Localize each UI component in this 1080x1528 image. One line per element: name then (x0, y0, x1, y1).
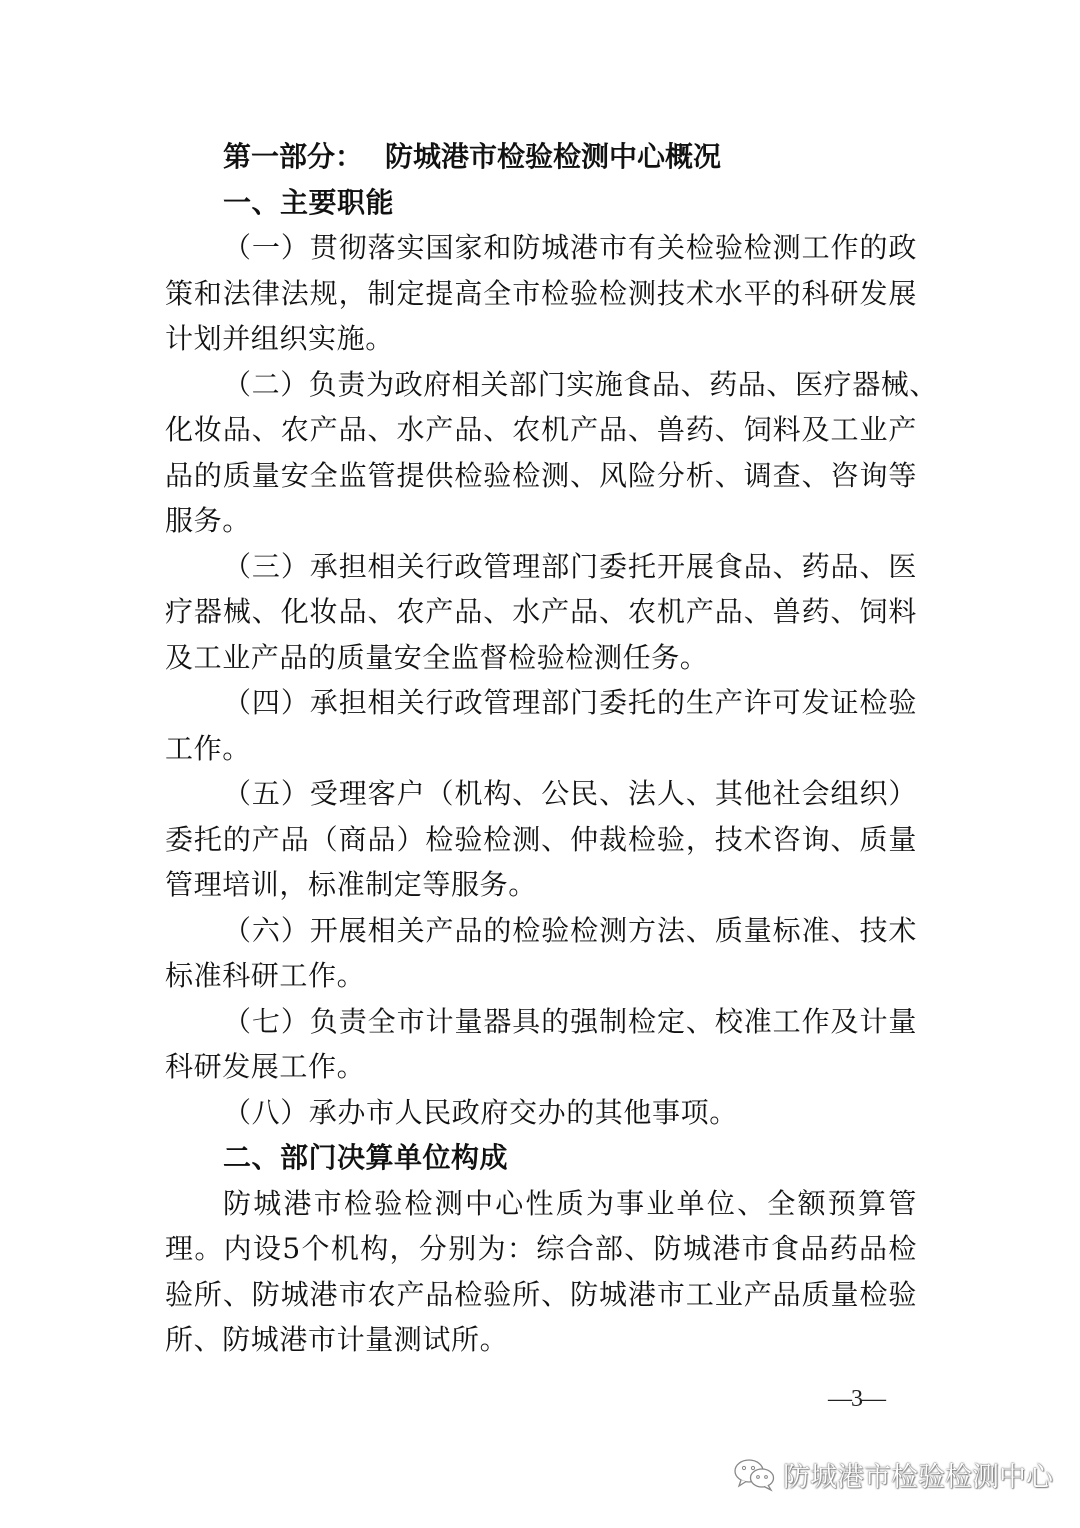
text-line: 理。内设5个机构，分别为：综合部、防城港市食品药品检 (165, 1226, 917, 1272)
paragraph-function-2: （二）负责为政府相关部门实施食品、药品、医疗器械、 化妆品、农产品、水产品、农机… (165, 362, 917, 544)
text-line: 服务。 (165, 498, 917, 544)
wechat-watermark: 防城港市检验检测中心 (733, 1455, 1053, 1494)
text-line: 标准科研工作。 (165, 953, 917, 999)
paragraph-unit-composition: 防城港市检验检测中心性质为事业单位、全额预算管 理。内设5个机构，分别为：综合部… (165, 1181, 917, 1363)
paragraph-function-6: （六）开展相关产品的检验检测方法、质量标准、技术 标准科研工作。 (165, 908, 917, 999)
text-line: 委托的产品（商品）检验检测、仲裁检验，技术咨询、质量 (165, 817, 917, 863)
part-title: 第一部分：防城港市检验检测中心概况 (165, 134, 917, 180)
section-heading-main-functions: 一、主要职能 (165, 180, 917, 226)
text-line: （二）负责为政府相关部门实施食品、药品、医疗器械、 (165, 362, 917, 408)
paragraph-function-1: （一）贯彻落实国家和防城港市有关检验检测工作的政 策和法律法规，制定提高全市检验… (165, 225, 917, 362)
watermark-text: 防城港市检验检测中心 (783, 1455, 1053, 1494)
text-line: 所、防城港市计量测试所。 (165, 1317, 917, 1363)
text-line: 防城港市检验检测中心性质为事业单位、全额预算管 (165, 1181, 917, 1227)
part-title-text: 防城港市检验检测中心概况 (385, 140, 721, 173)
text-line: （五）受理客户（机构、公民、法人、其他社会组织） (165, 771, 917, 817)
wechat-icon (733, 1457, 777, 1493)
paragraph-function-8: （八）承办市人民政府交办的其他事项。 (165, 1090, 917, 1136)
paragraph-function-7: （七）负责全市计量器具的强制检定、校准工作及计量 科研发展工作。 (165, 999, 917, 1090)
text-line: 疗器械、化妆品、农产品、水产品、农机产品、兽药、饲料 (165, 589, 917, 635)
text-line: （六）开展相关产品的检验检测方法、质量标准、技术 (165, 908, 917, 954)
text-line: 验所、防城港市农产品检验所、防城港市工业产品质量检验 (165, 1272, 917, 1318)
text-line: （八）承办市人民政府交办的其他事项。 (165, 1090, 917, 1136)
text-line: 品的质量安全监管提供检验检测、风险分析、调查、咨询等 (165, 453, 917, 499)
document-page: 第一部分：防城港市检验检测中心概况 一、主要职能 （一）贯彻落实国家和防城港市有… (165, 134, 917, 1363)
text-line: 化妆品、农产品、水产品、农机产品、兽药、饲料及工业产 (165, 407, 917, 453)
text-line: 工作。 (165, 726, 917, 772)
text-line: 计划并组织实施。 (165, 316, 917, 362)
paragraph-function-3: （三）承担相关行政管理部门委托开展食品、药品、医 疗器械、化妆品、农产品、水产品… (165, 544, 917, 681)
section-heading-unit-composition: 二、部门决算单位构成 (165, 1135, 917, 1181)
text-line: （三）承担相关行政管理部门委托开展食品、药品、医 (165, 544, 917, 590)
text-line: （四）承担相关行政管理部门委托的生产许可发证检验 (165, 680, 917, 726)
paragraph-function-5: （五）受理客户（机构、公民、法人、其他社会组织） 委托的产品（商品）检验检测、仲… (165, 771, 917, 908)
text-line: 管理培训，标准制定等服务。 (165, 862, 917, 908)
text-line: （七）负责全市计量器具的强制检定、校准工作及计量 (165, 999, 917, 1045)
part-title-prefix: 第一部分： (223, 140, 363, 173)
text-line: 科研发展工作。 (165, 1044, 917, 1090)
text-line: （一）贯彻落实国家和防城港市有关检验检测工作的政 (165, 225, 917, 271)
page-number: —3— (828, 1386, 885, 1413)
text-line: 及工业产品的质量安全监督检验检测任务。 (165, 635, 917, 681)
paragraph-function-4: （四）承担相关行政管理部门委托的生产许可发证检验 工作。 (165, 680, 917, 771)
text-line: 策和法律法规，制定提高全市检验检测技术水平的科研发展 (165, 271, 917, 317)
